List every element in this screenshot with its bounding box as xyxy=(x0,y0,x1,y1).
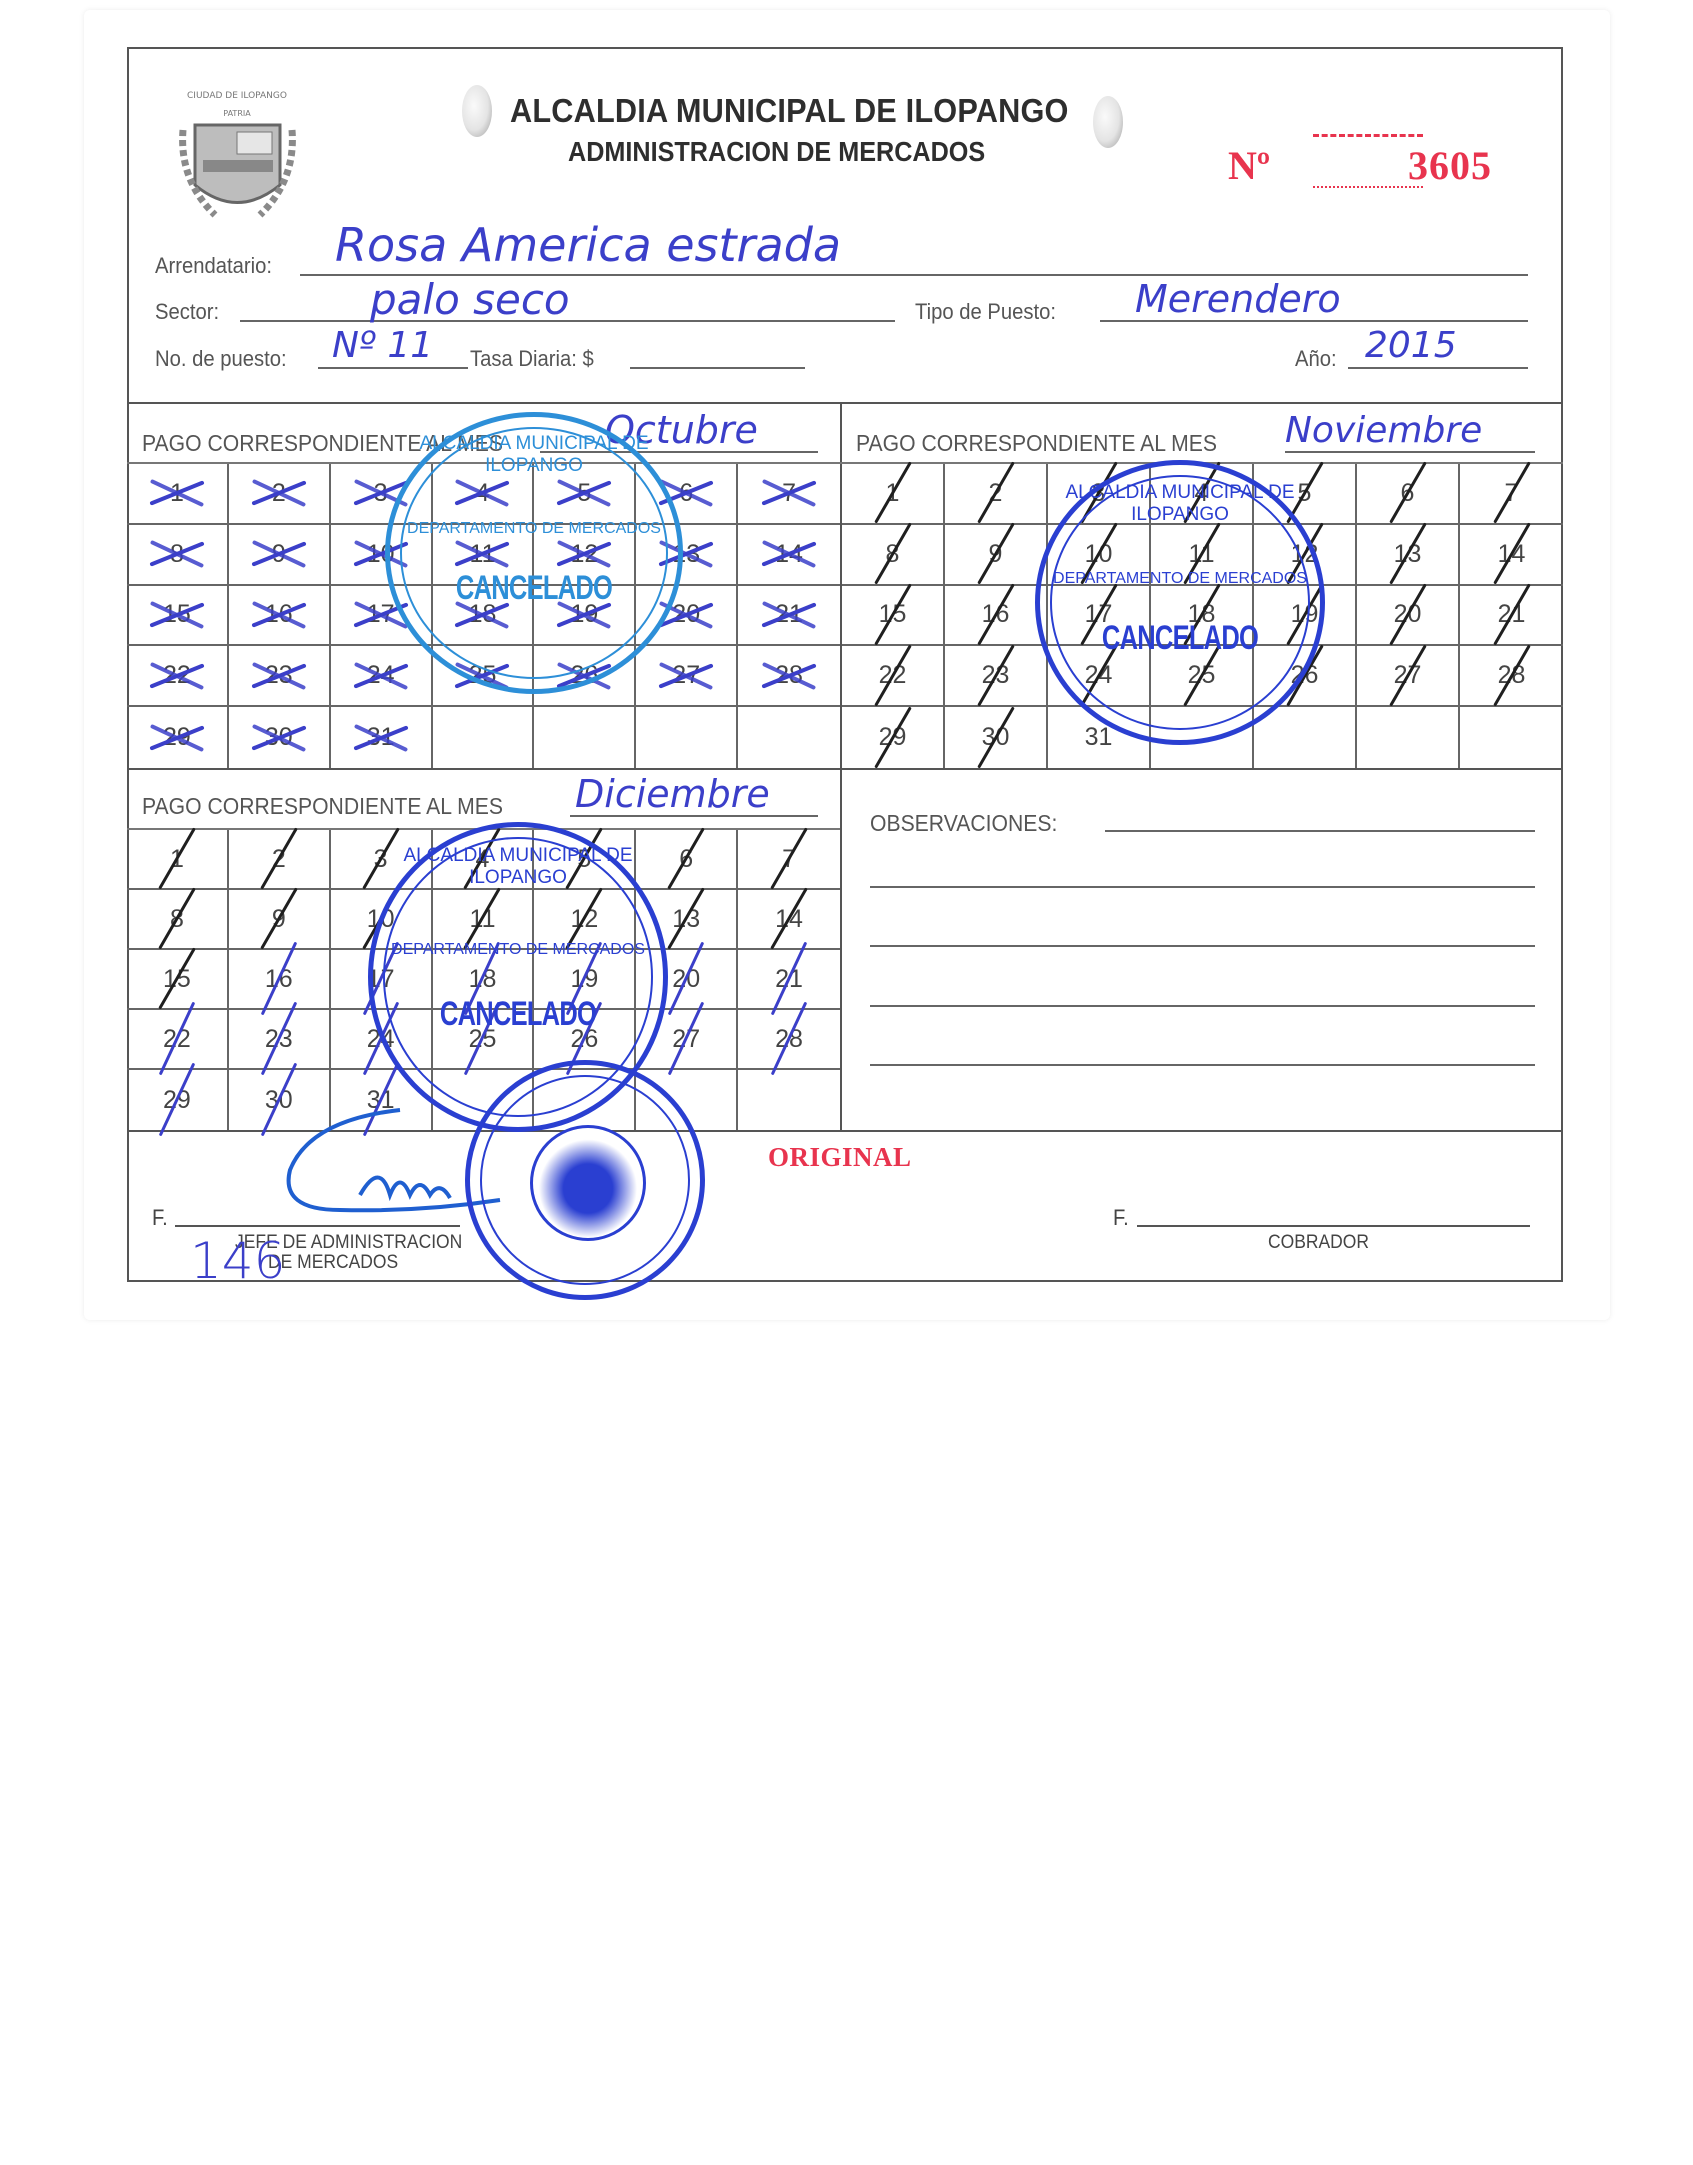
check-mark-icon xyxy=(874,523,912,585)
day-cell[interactable]: 4 xyxy=(1151,464,1254,525)
month-value-october[interactable]: Octubre xyxy=(605,408,758,452)
check-mark-icon xyxy=(566,827,604,889)
day-cell[interactable]: 19 xyxy=(1254,586,1357,647)
day-cell[interactable]: 8 xyxy=(127,525,229,586)
day-cell[interactable]: 26 xyxy=(534,1010,636,1070)
day-cell[interactable]: 10 xyxy=(331,525,433,586)
section-divider xyxy=(127,768,1563,770)
day-cell[interactable]: 14 xyxy=(1460,525,1563,586)
day-cell[interactable]: 8 xyxy=(842,525,945,586)
day-cell[interactable]: 18 xyxy=(433,950,535,1010)
day-cell[interactable]: 18 xyxy=(1151,586,1254,647)
svg-text:PATRIA: PATRIA xyxy=(223,109,251,118)
day-cell[interactable]: 31 xyxy=(1048,707,1151,768)
day-cell[interactable]: 4 xyxy=(433,464,535,525)
day-cell[interactable]: 3 xyxy=(1048,464,1151,525)
day-cell[interactable] xyxy=(534,1070,636,1130)
check-mark-icon xyxy=(1389,462,1427,524)
day-cell[interactable] xyxy=(636,707,738,768)
check-mark-icon xyxy=(977,523,1015,585)
day-cell[interactable]: 16 xyxy=(945,586,1048,647)
check-mark-icon xyxy=(158,827,196,889)
day-cell[interactable]: 10 xyxy=(1048,525,1151,586)
check-mark-icon xyxy=(667,827,705,889)
check-mark-icon xyxy=(1286,462,1324,524)
day-cell[interactable]: 17 xyxy=(331,586,433,647)
sector-label: Sector: xyxy=(155,299,219,325)
day-cell[interactable]: 2 xyxy=(945,464,1048,525)
day-cell[interactable]: 16 xyxy=(229,950,331,1010)
day-cell[interactable]: 3 xyxy=(331,464,433,525)
check-mark-icon xyxy=(1080,462,1118,524)
day-cell[interactable]: 1 xyxy=(842,464,945,525)
day-cell[interactable] xyxy=(636,1070,738,1130)
check-mark-icon xyxy=(1183,462,1221,524)
day-cell[interactable]: 11 xyxy=(433,890,535,950)
day-cell[interactable]: 21 xyxy=(1460,586,1563,647)
section-divider xyxy=(127,402,1563,404)
day-cell[interactable]: 26 xyxy=(534,646,636,707)
day-cell[interactable]: 31 xyxy=(331,707,433,768)
day-cell[interactable]: 23 xyxy=(229,1010,331,1070)
day-cell[interactable]: 6 xyxy=(636,464,738,525)
numero-puesto-field[interactable]: Nº 11 xyxy=(332,325,433,366)
day-cell[interactable]: 28 xyxy=(1460,646,1563,707)
day-cell[interactable] xyxy=(738,707,840,768)
day-cell[interactable]: 4 xyxy=(433,830,535,890)
check-mark-icon xyxy=(770,827,808,889)
folio-value: 3605 xyxy=(1408,142,1492,189)
day-cell[interactable]: 9 xyxy=(229,525,331,586)
day-grid-december: 1234567891011121314151617181920212223242… xyxy=(127,830,840,1130)
arrendatario-field[interactable]: Rosa America estrada xyxy=(335,218,841,272)
tipo-puesto-label: Tipo de Puesto: xyxy=(915,299,1056,325)
day-cell[interactable]: 23 xyxy=(229,646,331,707)
day-cell[interactable]: 25 xyxy=(1151,646,1254,707)
day-cell[interactable]: 6 xyxy=(636,830,738,890)
day-cell[interactable]: 17 xyxy=(331,950,433,1010)
check-mark-icon xyxy=(874,462,912,524)
municipal-crest-icon: CIUDAD DE ILOPANGO PATRIA xyxy=(175,70,300,230)
tipo-puesto-field[interactable]: Merendero xyxy=(1135,277,1341,321)
arrendatario-label: Arrendatario: xyxy=(155,253,272,279)
day-cell[interactable]: 1 xyxy=(127,830,229,890)
day-cell[interactable]: 27 xyxy=(636,646,738,707)
check-mark-icon xyxy=(158,887,196,949)
check-mark-icon xyxy=(1493,462,1531,524)
day-cell[interactable]: 11 xyxy=(1151,525,1254,586)
numero-puesto-label: No. de puesto: xyxy=(155,346,287,372)
day-cell[interactable]: 8 xyxy=(127,890,229,950)
day-cell[interactable]: 24 xyxy=(1048,646,1151,707)
day-cell[interactable]: 14 xyxy=(738,890,840,950)
signature-line-cobrador[interactable] xyxy=(1137,1225,1530,1227)
day-cell[interactable]: 27 xyxy=(1357,646,1460,707)
day-cell[interactable]: 24 xyxy=(331,646,433,707)
day-cell[interactable]: 5 xyxy=(534,464,636,525)
day-cell[interactable]: 20 xyxy=(636,950,738,1010)
day-cell[interactable] xyxy=(1460,707,1563,768)
month-label: PAGO CORRESPONDIENTE AL MES xyxy=(142,430,503,457)
day-cell[interactable]: 20 xyxy=(636,586,738,647)
day-cell[interactable]: 9 xyxy=(229,890,331,950)
day-cell[interactable]: 15 xyxy=(842,586,945,647)
day-cell[interactable]: 29 xyxy=(127,1070,229,1130)
day-cell[interactable] xyxy=(1357,707,1460,768)
day-grid-october: 1234567891011121314151617181920212223242… xyxy=(127,464,840,768)
month-value-november[interactable]: Noviembre xyxy=(1285,410,1482,451)
day-cell[interactable]: 2 xyxy=(229,464,331,525)
check-mark-icon xyxy=(260,887,298,949)
day-grid-november: 1234567891011121314151617181920212223242… xyxy=(842,464,1563,768)
day-cell[interactable]: 7 xyxy=(738,830,840,890)
day-cell[interactable]: 5 xyxy=(534,830,636,890)
day-cell[interactable]: 19 xyxy=(534,950,636,1010)
day-cell[interactable] xyxy=(1254,707,1357,768)
day-cell[interactable]: 16 xyxy=(229,586,331,647)
day-cell[interactable]: 6 xyxy=(1357,464,1460,525)
day-cell[interactable]: 28 xyxy=(738,1010,840,1070)
folio-label: Nº xyxy=(1228,143,1270,188)
day-cell[interactable]: 7 xyxy=(1460,464,1563,525)
svg-text:CIUDAD DE ILOPANGO: CIUDAD DE ILOPANGO xyxy=(187,91,287,101)
anio-label: Año: xyxy=(1295,346,1337,372)
day-cell[interactable]: 3 xyxy=(331,830,433,890)
day-cell[interactable]: 7 xyxy=(738,464,840,525)
signature-title-jefe-2: DE MERCADOS xyxy=(268,1252,398,1274)
day-cell[interactable] xyxy=(534,707,636,768)
check-mark-icon xyxy=(464,827,502,889)
punch-hole xyxy=(462,85,492,137)
observaciones-line[interactable] xyxy=(870,886,1535,888)
day-cell[interactable]: 18 xyxy=(433,586,535,647)
observaciones-line[interactable] xyxy=(870,945,1535,947)
day-number: 31 xyxy=(1085,723,1113,752)
check-mark-icon xyxy=(260,827,298,889)
observaciones-line[interactable] xyxy=(870,1005,1535,1007)
signature-title-cobrador: COBRADOR xyxy=(1268,1232,1369,1254)
day-cell[interactable]: 9 xyxy=(945,525,1048,586)
tasa-diaria-label: Tasa Diaria: $ xyxy=(470,346,594,372)
day-cell[interactable]: 22 xyxy=(842,646,945,707)
original-copy-label: ORIGINAL xyxy=(768,1142,912,1173)
month-label: PAGO CORRESPONDIENTE AL MES xyxy=(856,430,1217,457)
day-cell[interactable]: 20 xyxy=(1357,586,1460,647)
day-cell[interactable]: 14 xyxy=(738,525,840,586)
check-mark-icon xyxy=(977,462,1015,524)
day-cell[interactable]: 29 xyxy=(842,707,945,768)
day-cell[interactable]: 11 xyxy=(433,525,535,586)
signature-prefix-right: F. xyxy=(1113,1205,1129,1231)
observaciones-line[interactable] xyxy=(1105,830,1535,832)
day-cell[interactable]: 13 xyxy=(636,890,738,950)
day-cell[interactable]: 5 xyxy=(1254,464,1357,525)
day-cell[interactable]: 23 xyxy=(945,646,1048,707)
day-cell[interactable]: 21 xyxy=(738,950,840,1010)
day-cell[interactable]: 13 xyxy=(636,525,738,586)
sector-field[interactable]: palo seco xyxy=(370,275,570,324)
day-cell[interactable]: 12 xyxy=(534,890,636,950)
day-cell[interactable]: 27 xyxy=(636,1010,738,1070)
anio-field[interactable]: 2015 xyxy=(1365,325,1457,366)
day-cell[interactable]: 2 xyxy=(229,830,331,890)
day-cell[interactable]: 30 xyxy=(229,707,331,768)
day-cell[interactable]: 17 xyxy=(1048,586,1151,647)
day-cell[interactable]: 21 xyxy=(738,586,840,647)
check-mark-icon xyxy=(362,827,400,889)
day-cell[interactable]: 22 xyxy=(127,646,229,707)
day-cell[interactable]: 26 xyxy=(1254,646,1357,707)
folio-number: Nº 3605 xyxy=(1228,142,1270,189)
day-cell[interactable]: 22 xyxy=(127,1010,229,1070)
day-cell[interactable]: 13 xyxy=(1357,525,1460,586)
month-value-december[interactable]: Diciembre xyxy=(575,772,770,816)
day-cell[interactable]: 25 xyxy=(433,1010,535,1070)
day-cell[interactable]: 24 xyxy=(331,1010,433,1070)
day-cell[interactable]: 28 xyxy=(738,646,840,707)
day-cell[interactable] xyxy=(738,1070,840,1130)
day-cell[interactable]: 30 xyxy=(945,707,1048,768)
day-cell[interactable]: 15 xyxy=(127,950,229,1010)
observaciones-label: OBSERVACIONES: xyxy=(870,810,1057,837)
day-cell[interactable]: 10 xyxy=(331,890,433,950)
signature-scribble-icon xyxy=(270,1100,520,1240)
municipality-title: ALCALDIA MUNICIPAL DE ILOPANGO xyxy=(510,92,1069,130)
day-cell[interactable]: 12 xyxy=(534,525,636,586)
day-cell[interactable] xyxy=(433,707,535,768)
day-cell[interactable] xyxy=(1151,707,1254,768)
day-cell[interactable]: 25 xyxy=(433,646,535,707)
month-label: PAGO CORRESPONDIENTE AL MES xyxy=(142,793,503,820)
observaciones-line[interactable] xyxy=(870,1064,1535,1066)
day-cell[interactable]: 29 xyxy=(127,707,229,768)
signature-prefix-left: F. xyxy=(152,1205,168,1231)
day-cell[interactable]: 15 xyxy=(127,586,229,647)
day-cell[interactable]: 12 xyxy=(1254,525,1357,586)
handwritten-note: 146 xyxy=(190,1232,285,1290)
day-cell[interactable]: 19 xyxy=(534,586,636,647)
department-subtitle: ADMINISTRACION DE MERCADOS xyxy=(568,136,985,168)
punch-hole xyxy=(1093,96,1123,148)
day-cell[interactable]: 1 xyxy=(127,464,229,525)
